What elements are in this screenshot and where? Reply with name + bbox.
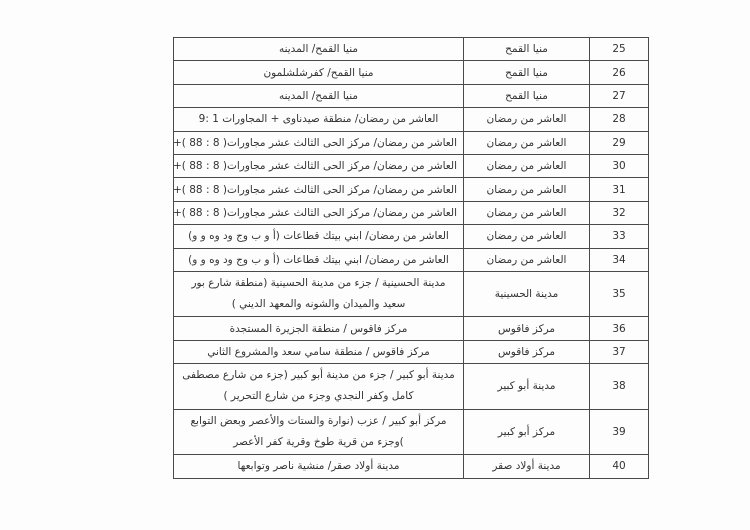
detail-cell: مركز فاقوس / منطقة الجزيرة المستجدة (174, 317, 464, 340)
row-number: 29 (590, 131, 649, 154)
row-number: 34 (590, 248, 649, 271)
row-number: 28 (590, 108, 649, 131)
detail-cell: العاشر من رمضان/ مركز الحى الثالث عشر مج… (174, 154, 464, 177)
row-number: 26 (590, 61, 649, 84)
table-row: 32 العاشر من رمضان العاشر من رمضان/ مركز… (174, 201, 649, 224)
detail-cell: العاشر من رمضان/ ابني بيتك قطاعات (أ و ب… (174, 225, 464, 248)
row-number: 31 (590, 178, 649, 201)
area-cell: منيا القمح (464, 84, 590, 107)
detail-cell: مدينة أبو كبير / جزء من مدينة أبو كبير (… (174, 364, 464, 410)
detail-cell: العاشر من رمضان/ مركز الحى الثالث عشر مج… (174, 131, 464, 154)
detail-cell: العاشر من رمضان/ ابني بيتك قطاعات (أ و ب… (174, 248, 464, 271)
locations-table: 25 منيا القمح منيا القمح/ المدينه 26 مني… (173, 37, 649, 479)
table-row: 36 مركز فاقوس مركز فاقوس / منطقة الجزيرة… (174, 317, 649, 340)
area-cell: مركز فاقوس (464, 340, 590, 363)
detail-cell: العاشر من رمضان/ مركز الحى الثالث عشر مج… (174, 178, 464, 201)
detail-cell: منيا القمح/ كفرشلشلمون (174, 61, 464, 84)
table-row: 30 العاشر من رمضان العاشر من رمضان/ مركز… (174, 154, 649, 177)
row-number: 27 (590, 84, 649, 107)
table-row: 38 مدينة أبو كبير مدينة أبو كبير / جزء م… (174, 364, 649, 410)
table-row: 40 مدينة أولاد صقر مدينة أولاد صقر/ منشي… (174, 455, 649, 478)
row-number: 33 (590, 225, 649, 248)
row-number: 35 (590, 271, 649, 317)
area-cell: العاشر من رمضان (464, 248, 590, 271)
table-row: 35 مدينة الحسينية مدينة الحسينية / جزء م… (174, 271, 649, 317)
table-row: 28 العاشر من رمضان العاشر من رمضان/ منطق… (174, 108, 649, 131)
area-cell: مركز فاقوس (464, 317, 590, 340)
row-number: 37 (590, 340, 649, 363)
document-page: 25 منيا القمح منيا القمح/ المدينه 26 مني… (0, 0, 750, 530)
row-number: 36 (590, 317, 649, 340)
row-number: 40 (590, 455, 649, 478)
table-row: 37 مركز فاقوس مركز فاقوس / منطقة سامي سع… (174, 340, 649, 363)
area-cell: مدينة أبو كبير (464, 364, 590, 410)
table-row: 39 مركز أبو كبير مركز أبو كبير / عزب (نو… (174, 409, 649, 455)
area-cell: العاشر من رمضان (464, 178, 590, 201)
table-row: 25 منيا القمح منيا القمح/ المدينه (174, 38, 649, 61)
area-cell: العاشر من رمضان (464, 225, 590, 248)
detail-cell: مركز فاقوس / منطقة سامي سعد والمشروع الث… (174, 340, 464, 363)
table-row: 33 العاشر من رمضان العاشر من رمضان/ ابني… (174, 225, 649, 248)
area-cell: مدينة أولاد صقر (464, 455, 590, 478)
area-cell: العاشر من رمضان (464, 201, 590, 224)
area-cell: العاشر من رمضان (464, 108, 590, 131)
detail-cell: العاشر من رمضان/ مركز الحى الثالث عشر مج… (174, 201, 464, 224)
table-row: 27 منيا القمح منيا القمح/ المدينه (174, 84, 649, 107)
detail-cell: منيا القمح/ المدينه (174, 38, 464, 61)
area-cell: منيا القمح (464, 38, 590, 61)
detail-cell: منيا القمح/ المدينه (174, 84, 464, 107)
detail-cell: مدينة أولاد صقر/ منشية ناصر وتوابعها (174, 455, 464, 478)
area-cell: منيا القمح (464, 61, 590, 84)
area-cell: العاشر من رمضان (464, 154, 590, 177)
row-number: 32 (590, 201, 649, 224)
area-cell: العاشر من رمضان (464, 131, 590, 154)
row-number: 39 (590, 409, 649, 455)
area-cell: مدينة الحسينية (464, 271, 590, 317)
detail-cell: العاشر من رمضان/ منطقة صيدناوى + المجاور… (174, 108, 464, 131)
detail-cell: مدينة الحسينية / جزء من مدينة الحسينية (… (174, 271, 464, 317)
row-number: 25 (590, 38, 649, 61)
area-cell: مركز أبو كبير (464, 409, 590, 455)
table-row: 31 العاشر من رمضان العاشر من رمضان/ مركز… (174, 178, 649, 201)
row-number: 38 (590, 364, 649, 410)
row-number: 30 (590, 154, 649, 177)
detail-cell: مركز أبو كبير / عزب (نوارة والستات والأع… (174, 409, 464, 455)
table-row: 34 العاشر من رمضان العاشر من رمضان/ ابني… (174, 248, 649, 271)
table-row: 26 منيا القمح منيا القمح/ كفرشلشلمون (174, 61, 649, 84)
table-row: 29 العاشر من رمضان العاشر من رمضان/ مركز… (174, 131, 649, 154)
